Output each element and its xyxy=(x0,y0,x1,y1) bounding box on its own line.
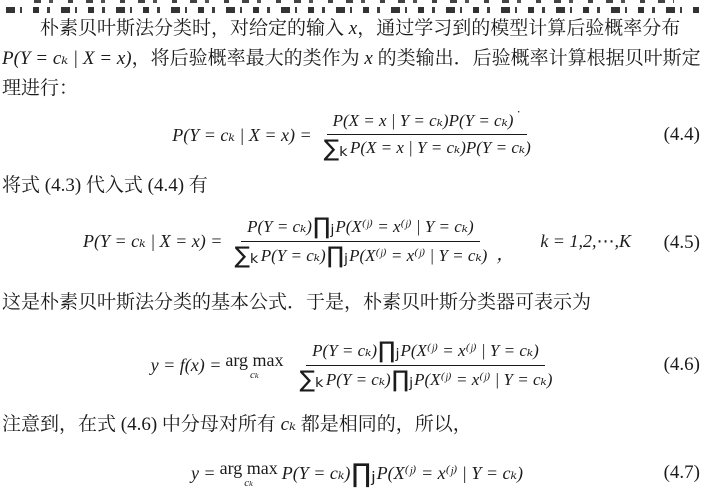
math-inline-posterior: P(Y = cₖ | X = x) xyxy=(2,48,132,69)
math-inline-x: x xyxy=(349,18,357,39)
sum-operator: ∑ₖ xyxy=(299,369,326,392)
argmax-operator: arg max cₖ xyxy=(225,350,283,381)
eq44-numerator: P(X = x | Y = cₖ)P(Y = cₖ)· xyxy=(327,111,527,135)
eq46-fraction: P(Y = cₖ)∏ⱼP(X⁽ʲ⁾ = x⁽ʲ⁾ | Y = cₖ) ∑ₖP(Y… xyxy=(293,339,559,391)
eq46-numerator: P(Y = cₖ)∏ⱼP(X⁽ʲ⁾ = x⁽ʲ⁾ | Y = cₖ) xyxy=(306,339,545,366)
sum-operator: ∑ₖ xyxy=(323,138,350,161)
product-operator: ∏ⱼ xyxy=(350,461,376,487)
math-run: P(X = x | Y = cₖ)P(Y = cₖ) xyxy=(350,138,531,158)
eq47-lhs: y = xyxy=(191,463,216,484)
eq46-denominator: ∑ₖP(Y = cₖ)∏ⱼP(X⁽ʲ⁾ = x⁽ʲ⁾ | Y = cₖ) xyxy=(293,366,559,391)
argmax-operator: arg max cₖ xyxy=(220,458,278,489)
text-run: ，通过学习到的模型计算后验概率分布 xyxy=(357,18,680,39)
textbook-page: 朴素贝叶斯法分类时，对给定的输入 x，通过学习到的模型计算后验概率分布 P(Y … xyxy=(0,0,714,502)
math-run: P(X = x | Y = cₖ)P(Y = cₖ) xyxy=(333,111,514,131)
text-run: ，将后验概率最大的类作为 xyxy=(132,48,365,69)
math-run: P(Y = cₖ) xyxy=(326,370,391,390)
eq44-denominator: ∑ₖP(X = x | Y = cₖ)P(Y = cₖ) xyxy=(317,135,537,160)
eq46-lhs: y = f(x) = xyxy=(151,355,222,376)
math-run: P(X⁽ʲ⁾ = x⁽ʲ⁾ | Y = cₖ) xyxy=(377,463,523,484)
eq44-fraction: P(X = x | Y = cₖ)P(Y = cₖ)· ∑ₖP(X = x | … xyxy=(317,111,537,160)
clipped-text-remnant xyxy=(6,7,704,13)
paragraph-naive-bayes-intro: 朴素贝叶斯法分类时，对给定的输入 x，通过学习到的模型计算后验概率分布 P(Y … xyxy=(2,14,712,104)
paragraph-denominator-note: 注意到，在式 (4.6) 中分母对所有 cₖ 都是相同的，所以， xyxy=(2,410,712,440)
product-operator: ∏ⱼ xyxy=(377,340,400,363)
paragraph-substitution: 将式 (4.3) 代入式 (4.4) 有 xyxy=(2,171,712,201)
text-run: 注意到，在式 (4.6) 中分母对所有 xyxy=(2,414,281,435)
text-run: 都是相同的，所以， xyxy=(296,414,472,435)
argmax-subscript: cₖ xyxy=(250,370,259,381)
argmax-label: arg max xyxy=(220,458,278,479)
eq44-label: (4.4) xyxy=(664,124,700,146)
math-inline-x: x xyxy=(364,48,372,69)
product-operator: ∏ⱼ xyxy=(312,216,335,239)
text-run: 这是朴素贝叶斯法分类的基本公式．于是，朴素贝叶斯分类器可表示为 xyxy=(2,292,591,313)
eq45-denominator: ∑ₖP(Y = cₖ)∏ⱼP(X⁽ʲ⁾ = x⁽ʲ⁾ | Y = cₖ) xyxy=(227,242,493,267)
equation-4-4: P(Y = cₖ | X = x) = P(X = x | Y = cₖ)P(Y… xyxy=(0,100,714,170)
eq45-comma: ， xyxy=(496,240,514,266)
math-run: P(Y = cₖ) xyxy=(247,217,312,237)
equation-4-7: y = arg max cₖ P(Y = cₖ) ∏ⱼ P(X⁽ʲ⁾ = x⁽ʲ… xyxy=(0,448,714,498)
math-run: P(X⁽ʲ⁾ = x⁽ʲ⁾ | Y = cₖ) xyxy=(335,217,473,237)
math-run: P(Y = cₖ) xyxy=(261,246,326,266)
math-run: P(X⁽ʲ⁾ = x⁽ʲ⁾ | Y = cₖ) xyxy=(400,341,538,361)
math-run: P(X⁽ʲ⁾ = x⁽ʲ⁾ | Y = cₖ) xyxy=(414,370,552,390)
paragraph-basic-formula: 这是朴素贝叶斯法分类的基本公式．于是，朴素贝叶斯分类器可表示为 xyxy=(2,288,712,318)
math-run: P(Y = cₖ) xyxy=(312,341,377,361)
text-run: 将式 (4.3) 代入式 (4.4) 有 xyxy=(2,175,208,196)
eq44-lhs: P(Y = cₖ | X = x) = xyxy=(172,125,311,146)
argmax-label: arg max xyxy=(225,350,283,371)
eq45-lhs: P(Y = cₖ | X = x) = xyxy=(83,231,222,252)
math-inline-ck: cₖ xyxy=(281,414,296,435)
math-run: P(X⁽ʲ⁾ = x⁽ʲ⁾ | Y = cₖ) xyxy=(349,246,487,266)
eq45-fraction: P(Y = cₖ)∏ⱼP(X⁽ʲ⁾ = x⁽ʲ⁾ | Y = cₖ) ∑ₖP(Y… xyxy=(227,215,493,267)
eq46-label: (4.6) xyxy=(664,354,700,376)
eq47-label: (4.7) xyxy=(664,462,700,484)
math-run: P(Y = cₖ) xyxy=(282,463,351,484)
sum-operator: ∑ₖ xyxy=(233,245,260,268)
eq45-index-range: k = 1,2,⋯,K xyxy=(540,231,631,252)
equation-4-6: y = f(x) = arg max cₖ P(Y = cₖ)∏ⱼP(X⁽ʲ⁾ … xyxy=(0,320,714,410)
product-operator: ∏ⱼ xyxy=(391,369,414,392)
eq45-numerator: P(Y = cₖ)∏ⱼP(X⁽ʲ⁾ = x⁽ʲ⁾ | Y = cₖ) xyxy=(241,215,480,242)
argmax-subscript: cₖ xyxy=(244,478,253,489)
product-operator: ∏ⱼ xyxy=(326,245,349,268)
eq45-label: (4.5) xyxy=(664,232,700,254)
stray-dot: · xyxy=(516,104,520,120)
equation-4-5: P(Y = cₖ | X = x) = P(Y = cₖ)∏ⱼP(X⁽ʲ⁾ = … xyxy=(0,198,714,284)
clipped-text-remnant-top xyxy=(34,0,674,3)
text-run: 朴素贝叶斯法分类时，对给定的输入 xyxy=(40,18,349,39)
